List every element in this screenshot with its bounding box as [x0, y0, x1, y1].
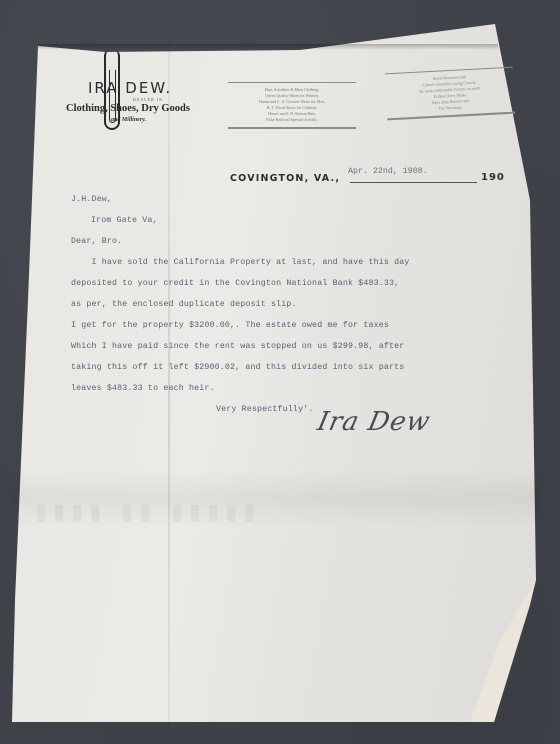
bleed-through-watermark: ▮▮▮▮ ▮▮ ▮▮▮▮▮: [35, 500, 375, 520]
date-underline: [350, 182, 477, 183]
body-line: Which I have paid since the rent was sto…: [71, 342, 404, 351]
advertisement-center: Hart, Schaffner & Marx Clothing, Queen Q…: [227, 82, 357, 129]
paperclip-inner-loop: [109, 70, 116, 123]
letter-date: Apr. 22nd, 1908.: [348, 167, 428, 176]
body-line: as per, the enclosed duplicate deposit s…: [71, 300, 297, 309]
recipient-location: Irom Gate Va,: [91, 216, 158, 225]
year-prefix: 190: [481, 172, 505, 183]
closing: Very Respectfully'.: [216, 405, 313, 414]
body-line: taking this off it left $2900.02, and th…: [71, 363, 404, 372]
dealer-in-label: DEALER IN: [133, 97, 163, 102]
dateline-place: COVINGTON, VA.,: [230, 173, 340, 184]
handwritten-signature: Ira Dew: [315, 407, 433, 437]
body-line: leaves $483.33 to each heir.: [71, 384, 215, 393]
paper-top-shadow: [38, 44, 498, 50]
ad-line: Fiske Railroad Special Overalls.: [227, 117, 357, 123]
body-line: I get for the property $3200.00,. The es…: [71, 321, 389, 330]
advertisement-right: Royal Worcester and Cohen's Invisible La…: [384, 67, 516, 121]
body-line: deposited to your credit in the Covingto…: [71, 279, 399, 288]
letterhead-tagline: Clothing, Shoes, Dry Goods: [66, 103, 190, 114]
salutation: Dear, Bro.: [71, 237, 122, 246]
body-line: I have sold the California Property at l…: [71, 258, 410, 267]
recipient-name: J.H.Dew,: [71, 195, 112, 204]
